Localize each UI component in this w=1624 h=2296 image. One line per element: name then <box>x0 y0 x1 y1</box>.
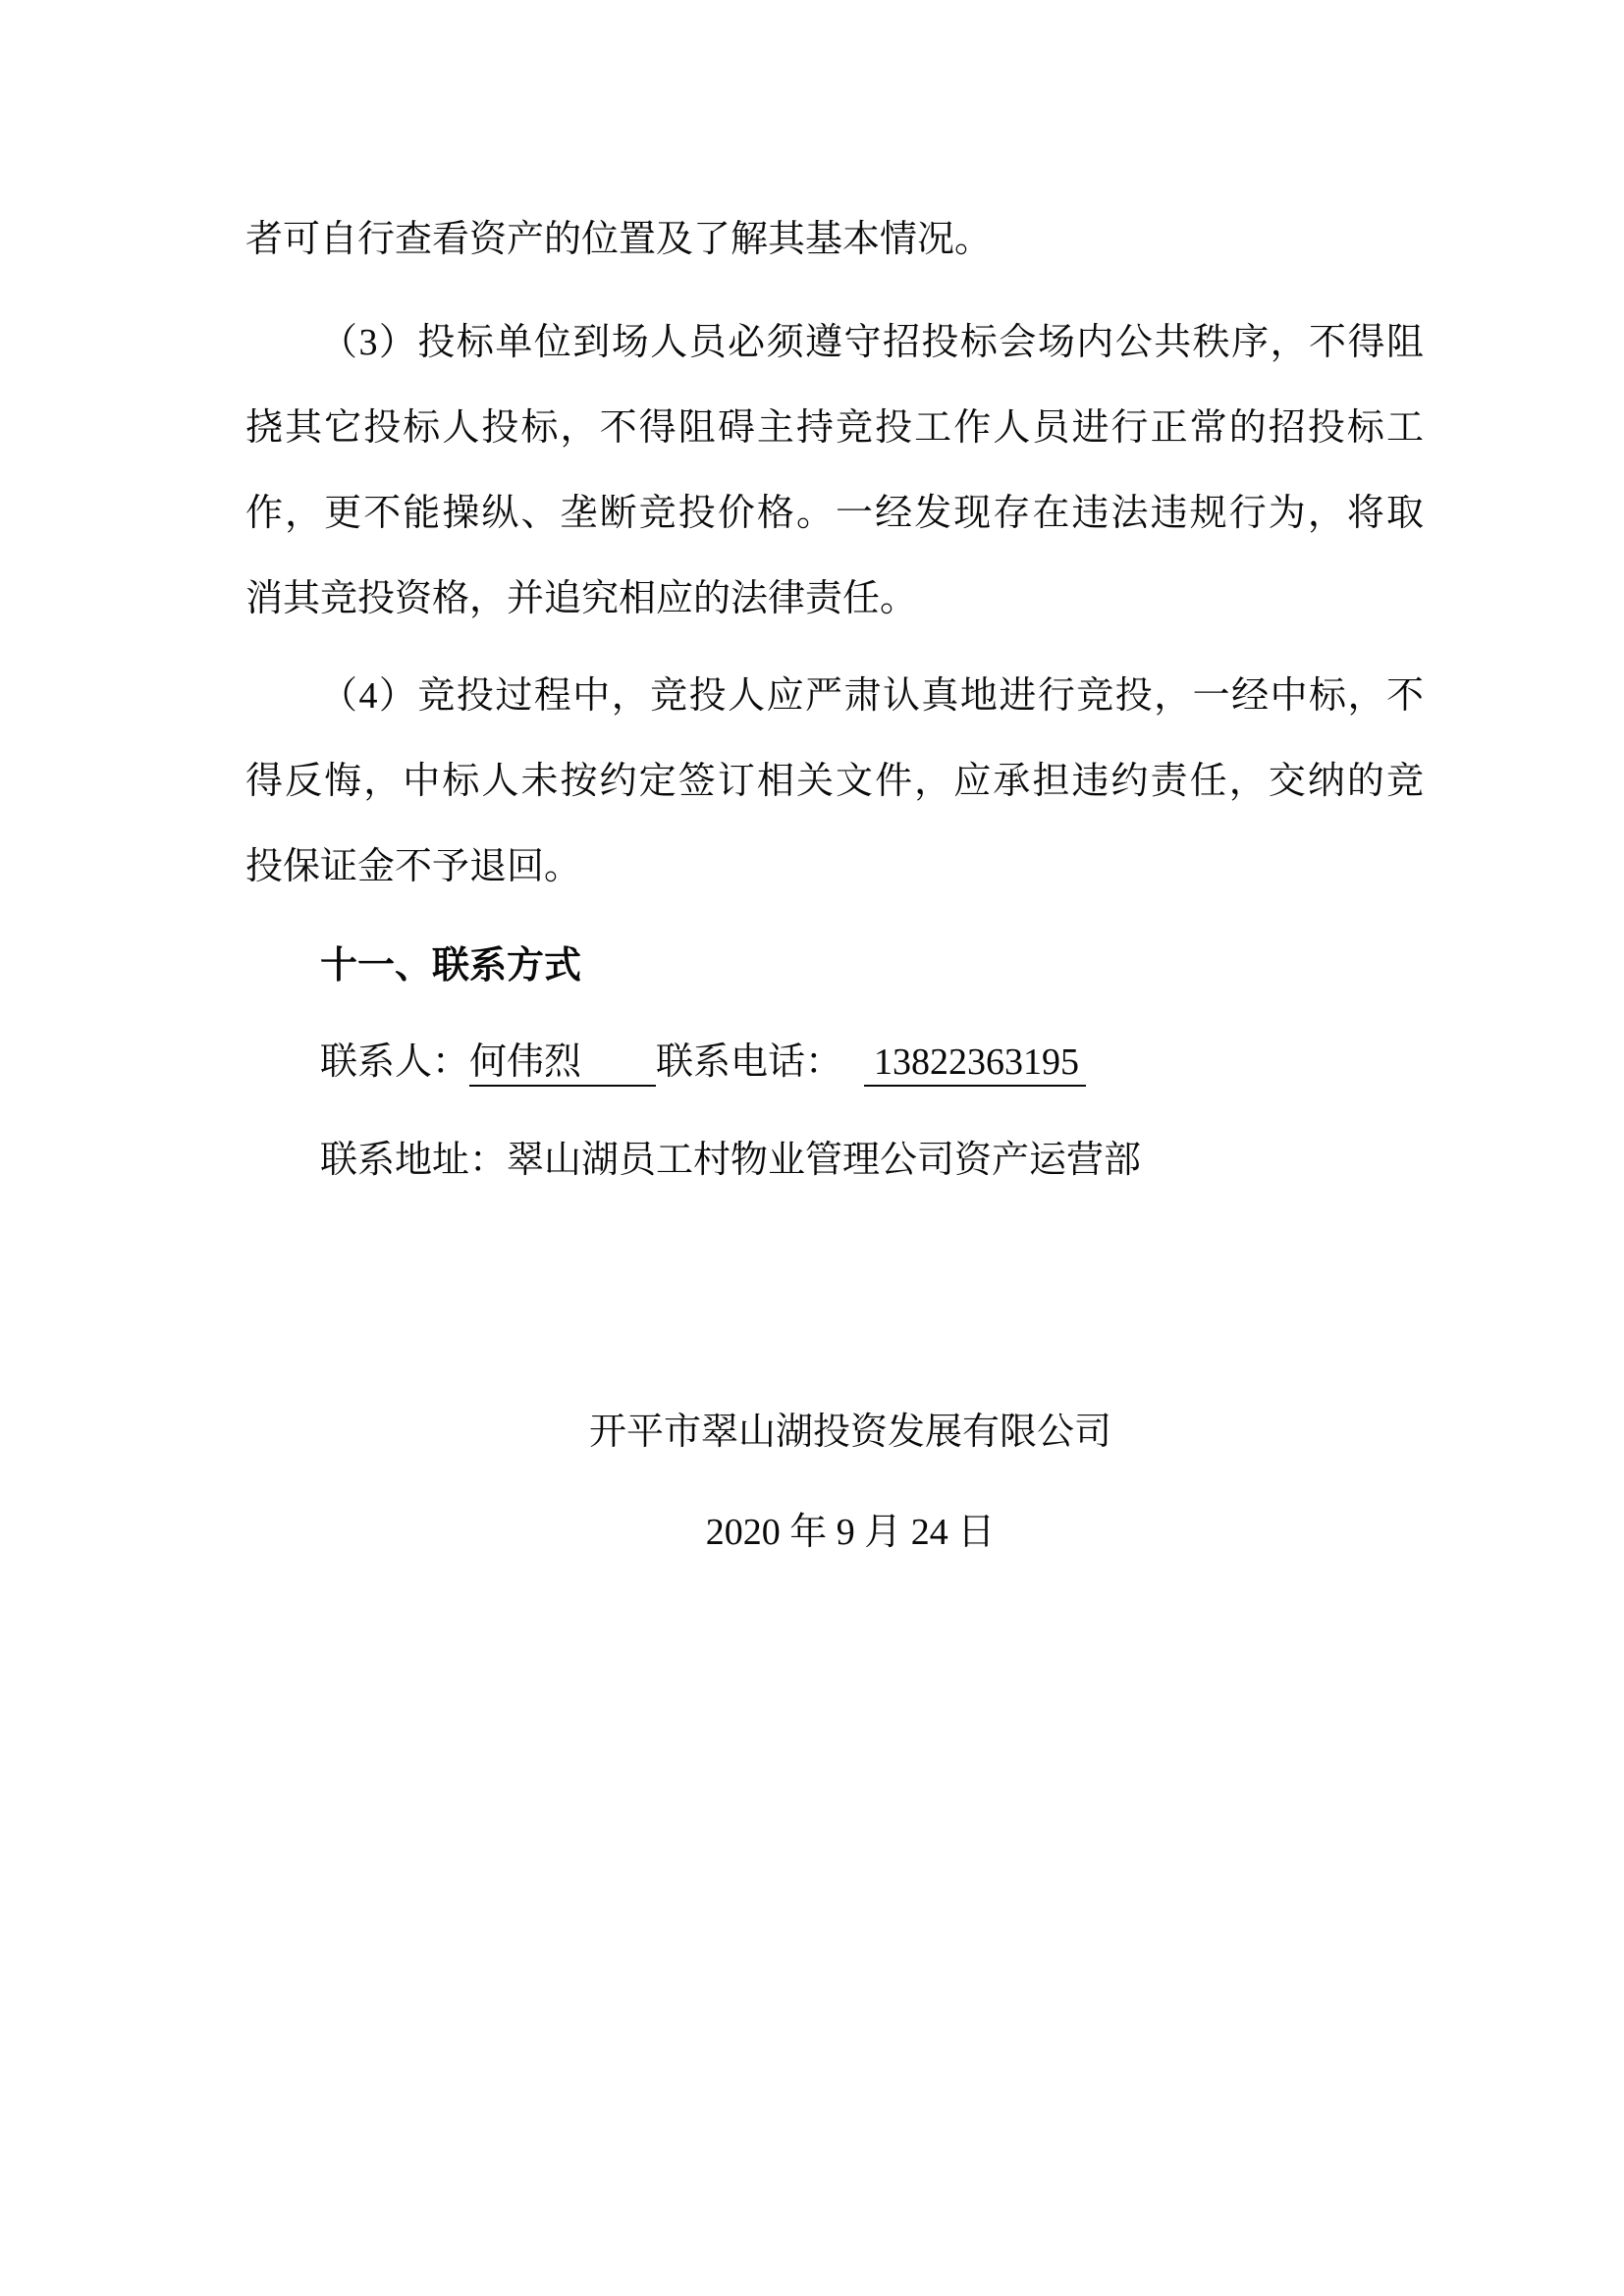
body-line: 作，更不能操纵、垄断竞投价格。一经发现存在违法违规行为，将取 <box>245 471 1424 557</box>
contact-phone-label: 联系电话： <box>656 1041 842 1083</box>
body-line: 投保证金不予退回。 <box>245 825 1424 910</box>
company-signature: 开平市翠山湖投资发展有限公司 <box>277 1390 1424 1475</box>
contact-address-value: 翠山湖员工村物业管理公司资产运营部 <box>507 1140 1141 1181</box>
body-line: （4）竞投过程中，竞投人应严肃认真地进行竞投，一经中标，不 <box>245 654 1424 739</box>
contact-person-label: 联系人： <box>320 1041 469 1083</box>
body-line: 者可自行查看资产的位置及了解其基本情况。 <box>245 197 1424 283</box>
body-line: （3）投标单位到场人员必须遵守招投标会场内公共秩序，不得阻 <box>245 300 1424 386</box>
body-line: 得反悔，中标人未按约定签订相关文件，应承担违约责任，交纳的竞 <box>245 739 1424 825</box>
contact-address-label: 联系地址： <box>320 1140 507 1181</box>
contact-person-name: 何伟烈 <box>469 1041 656 1087</box>
document-content: 者可自行查看资产的位置及了解其基本情况。 （3）投标单位到场人员必须遵守招投标会… <box>245 0 1424 1575</box>
closing-block: 开平市翠山湖投资发展有限公司 2020 年 9 月 24 日 <box>245 1390 1424 1575</box>
body-line: 挠其它投标人投标，不得阻碍主持竞投工作人员进行正常的招投标工 <box>245 386 1424 471</box>
address-line: 联系地址：翠山湖员工村物业管理公司资产运营部 <box>245 1118 1424 1203</box>
body-line: 消其竞投资格，并追究相应的法律责任。 <box>245 557 1424 642</box>
section-heading: 十一、联系方式 <box>245 924 1424 1009</box>
document-page: 者可自行查看资产的位置及了解其基本情况。 （3）投标单位到场人员必须遵守招投标会… <box>0 0 1624 2296</box>
signature-date: 2020 年 9 月 24 日 <box>277 1490 1424 1575</box>
contact-line: 联系人：何伟烈联系电话：13822363195 <box>245 1020 1424 1105</box>
contact-phone-number: 13822363195 <box>864 1041 1086 1087</box>
